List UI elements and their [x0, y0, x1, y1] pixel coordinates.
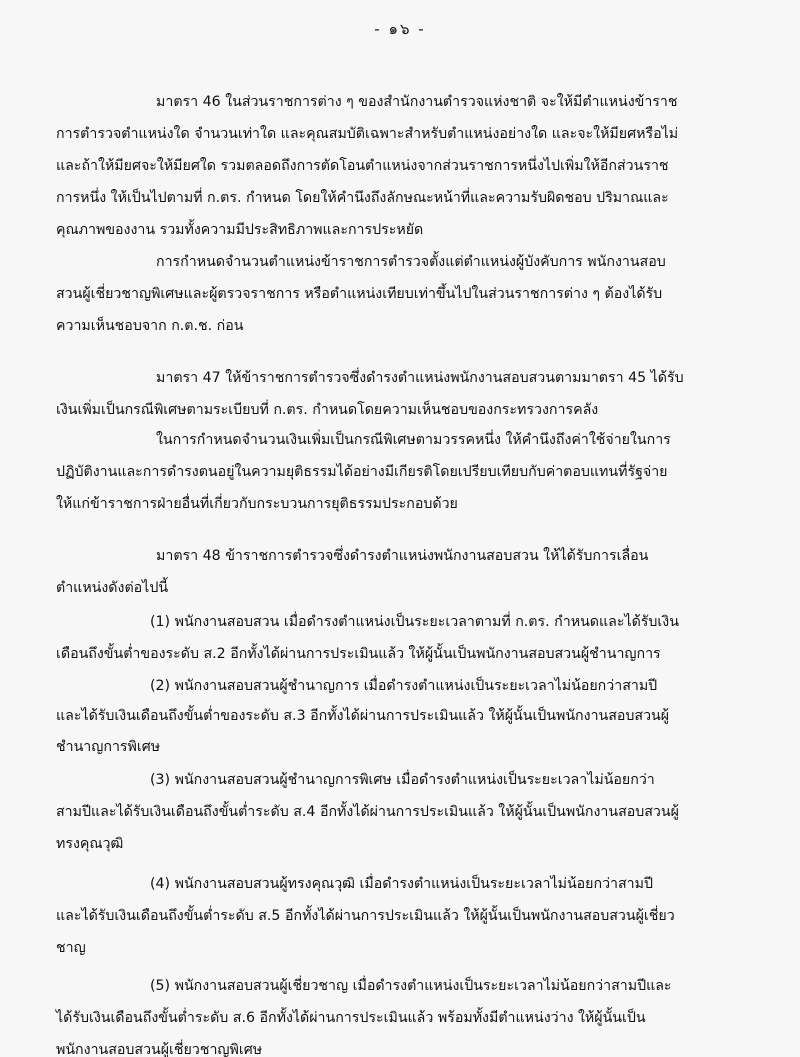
item-2-line-2: และได้รับเงินเดือนถึงขั้นต่ำของระดับ ส.3…: [56, 706, 669, 726]
item-4-line-2: และได้รับเงินเดือนถึงขั้นต่ำระดับ ส.5 อี…: [56, 906, 675, 926]
section-48-line-2: ตำแหน่งดังต่อไปนี้: [56, 578, 168, 598]
item-2-line-3: ชำนาญการพิเศษ: [56, 737, 160, 757]
page-number: - ๑๖ -: [0, 17, 800, 41]
section-46-line-7: สวนผู้เชี่ยวชาญพิเศษและผู้ตรวจราชการ หรื…: [56, 284, 662, 304]
item-5-line-1: (5) พนักงานสอบสวนผู้เชี่ยวชาญ เมื่อดำรงต…: [150, 976, 672, 996]
section-46-line-1: มาตรา 46 ในส่วนราชการต่าง ๆ ของสำนักงานต…: [156, 92, 678, 112]
item-3-line-3: ทรงคุณวุฒิ: [56, 834, 123, 854]
item-1-line-2: เดือนถึงขั้นต่ำของระดับ ส.2 อีกทั้งได้ผ่…: [56, 644, 661, 664]
section-46-line-4: การหนึ่ง ให้เป็นไปตามที่ ก.ตร. กำหนด โดย…: [56, 188, 669, 208]
section-47-line-5: ให้แก่ข้าราชการฝ่ายอื่นที่เกี่ยวกับกระบว…: [56, 494, 458, 514]
section-47-line-3: ในการกำหนดจำนวนเงินเพิ่มเป็นกรณีพิเศษตาม…: [156, 430, 671, 450]
item-3-line-1: (3) พนักงานสอบสวนผู้ชำนาญการพิเศษ เมื่อด…: [150, 770, 655, 790]
section-46-line-5: คุณภาพของงาน รวมทั้งความมีประสิทธิภาพและ…: [56, 220, 423, 240]
section-47-line-1: มาตรา 47 ให้ข้าราชการตำรวจซึ่งดำรงตำแหน่…: [156, 368, 684, 388]
section-46-line-3: และถ้าให้มียศจะให้มียศใด รวมตลอดถึงการตั…: [56, 156, 669, 176]
item-1-line-1: (1) พนักงานสอบสวน เมื่อดำรงตำแหน่งเป็นระ…: [150, 612, 679, 632]
item-5-line-2: ได้รับเงินเดือนถึงขั้นต่ำระดับ ส.6 อีกทั…: [56, 1008, 646, 1028]
section-46-line-8: ความเห็นชอบจาก ก.ต.ช. ก่อน: [56, 316, 244, 336]
item-4-line-1: (4) พนักงานสอบสวนผู้ทรงคุณวุฒิ เมื่อดำรง…: [150, 874, 653, 894]
section-47-line-4: ปฏิบัติงานและการดำรงตนอยู่ในความยุติธรรม…: [56, 462, 668, 482]
section-46-line-6: การกำหนดจำนวนตำแหน่งข้าราชการตำรวจตั้งแต…: [156, 252, 666, 272]
item-2-line-1: (2) พนักงานสอบสวนผู้ชำนาญการ เมื่อดำรงตำ…: [150, 676, 657, 696]
item-4-line-3: ชาญ: [56, 938, 86, 958]
item-5-line-3: พนักงานสอบสวนผู้เชี่ยวชาญพิเศษ: [56, 1040, 262, 1057]
section-46-line-2: การตำรวจตำแหน่งใด จำนวนเท่าใด และคุณสมบั…: [56, 124, 678, 144]
section-47-line-2: เงินเพิ่มเป็นกรณีพิเศษตามระเบียบที่ ก.ตร…: [56, 400, 598, 420]
section-48-line-1: มาตรา 48 ข้าราชการตำรวจซึ่งดำรงตำแหน่งพน…: [156, 546, 648, 566]
document-page: - ๑๖ - มาตรา 46 ในส่วนราชการต่าง ๆ ของสำ…: [0, 0, 800, 1057]
item-3-line-2: สามปีและได้รับเงินเดือนถึงขั้นต่ำระดับ ส…: [56, 802, 679, 822]
